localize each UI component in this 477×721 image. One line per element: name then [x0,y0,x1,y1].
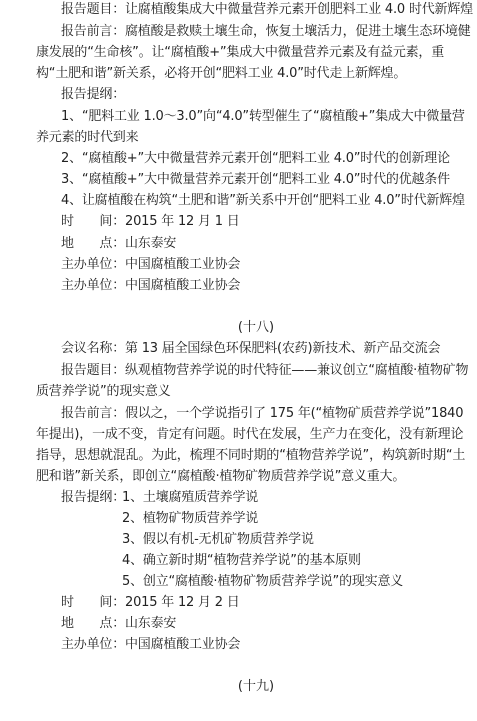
organizer-17-b: 主办单位：中国腐植酸工业协会 [61,276,240,296]
outline-item-18-3: 3、假以有机-无机矿物质营养学说 [122,530,314,550]
outline-item-18-1: 1、土壤腐殖质营养学说 [122,488,258,508]
report-preface-17: 报告前言：腐植酸是救赎土壤生命，恢复土壤活力，促进土壤生态环境健康发展的“生命核… [36,21,476,84]
place-18: 地 点：山东泰安 [61,614,176,634]
outline-item-17-3: 3、“腐植酸+”大中微量营养元素开创“肥料工业 4.0”时代的优越条件 [61,170,450,190]
place-17: 地 点：山东泰安 [61,234,176,254]
report-title-17: 报告题目：让腐植酸集成大中微量营养元素开创肥料工业 4.0 时代新辉煌 [61,0,473,20]
outline-item-17-1: 1、“肥料工业 1.0～3.0”向“4.0”转型催生了“腐植酸+”集成大中微量营… [36,106,476,148]
outline-item-17-2: 2、“腐植酸+”大中微量营养元素开创“肥料工业 4.0”时代的创新理论 [61,149,450,169]
outline-item-18-4: 4、确立新时期“植物营养学说”的基本原则 [122,551,361,571]
organizer-17-a: 主办单位：中国腐植酸工业协会 [61,255,240,275]
meeting-name-18: 会议名称：第 13 届全国绿色环保肥料(农药)新技术、新产品交流会 [61,339,440,359]
organizer-18: 主办单位：中国腐植酸工业协会 [61,635,240,655]
outline-item-17-4: 4、让腐植酸在构筑“土肥和谐”新关系中开创“肥料工业 4.0”时代新辉煌 [61,191,465,211]
section-heading-18: (十八) [36,318,476,338]
section-heading-19: (十九) [36,677,476,697]
report-title-18: 报告题目：纵观植物营养学说的时代特征——兼议创立“腐植酸·植物矿物质营养学说”的… [36,360,476,402]
report-preface-18: 报告前言：假以之，一个学说指引了 175 年(“植物矿质营养学说”1840 年提… [36,403,476,487]
outline-label-18: 报告提纲： [61,488,125,508]
time-18: 时 间：2015 年 12 月 2 日 [61,593,240,613]
outline-item-18-5: 5、创立“腐植酸·植物矿物质营养学说”的现实意义 [122,572,403,592]
time-17: 时 间：2015 年 12 月 1 日 [61,212,240,232]
outline-label-17: 报告提纲： [61,85,125,105]
outline-item-18-2: 2、植物矿物质营养学说 [122,509,258,529]
